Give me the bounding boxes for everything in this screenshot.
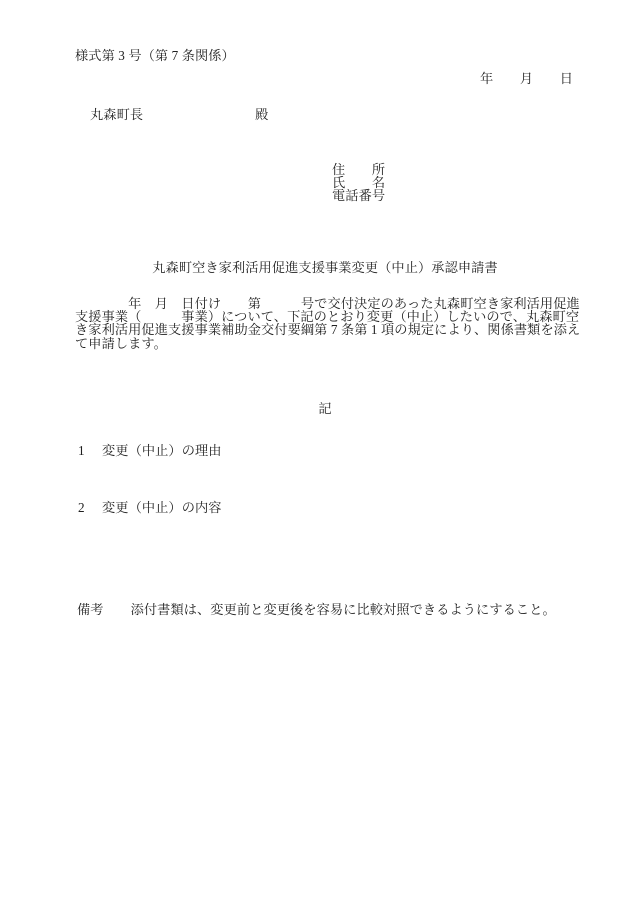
remarks-text: 添付書類は、変更前と変更後を容易に比較対照できるようにすること。 [131, 602, 556, 617]
item-1-label: 変更（中止）の理由 [102, 443, 222, 458]
addressee-honorific: 殿 [255, 107, 268, 122]
body-paragraph: 年 月 日付け 第 号で交付決定のあった丸森町空き家利活用促進 支援事業（ 事業… [75, 297, 587, 350]
item-1-reason: 1変更（中止）の理由 [78, 444, 222, 457]
section-marker: 記 [75, 402, 575, 415]
remarks-label: 備考 [77, 602, 104, 617]
form-number-label: 様式第 3 号（第 7 条関係） [75, 49, 235, 62]
item-1-number: 1 [78, 444, 102, 457]
item-2-content: 2変更（中止）の内容 [78, 501, 222, 514]
item-2-label: 変更（中止）の内容 [102, 500, 222, 515]
addressee-line: 丸森町長殿 [90, 108, 268, 121]
addressee-name: 丸森町長 [90, 107, 143, 122]
applicant-block: 住 所 氏 名 電話番号 [332, 163, 385, 203]
remarks-line: 備考添付書類は、変更前と変更後を容易に比較対照できるようにすること。 [77, 603, 556, 616]
document-title: 丸森町空き家利活用促進支援事業変更（中止）承認申請書 [75, 261, 575, 274]
body-line-4: て申請します。 [75, 337, 587, 350]
document-page: 様式第 3 号（第 7 条関係） 年 月 日 丸森町長殿 住 所 氏 名 電話番… [0, 0, 630, 903]
item-2-number: 2 [78, 501, 102, 514]
date-line: 年 月 日 [480, 72, 573, 85]
applicant-phone-label: 電話番号 [332, 189, 385, 202]
body-line-3: き家利活用促進支援事業補助金交付要綱第 7 条第 1 項の規定により、関係書類を… [75, 323, 587, 336]
